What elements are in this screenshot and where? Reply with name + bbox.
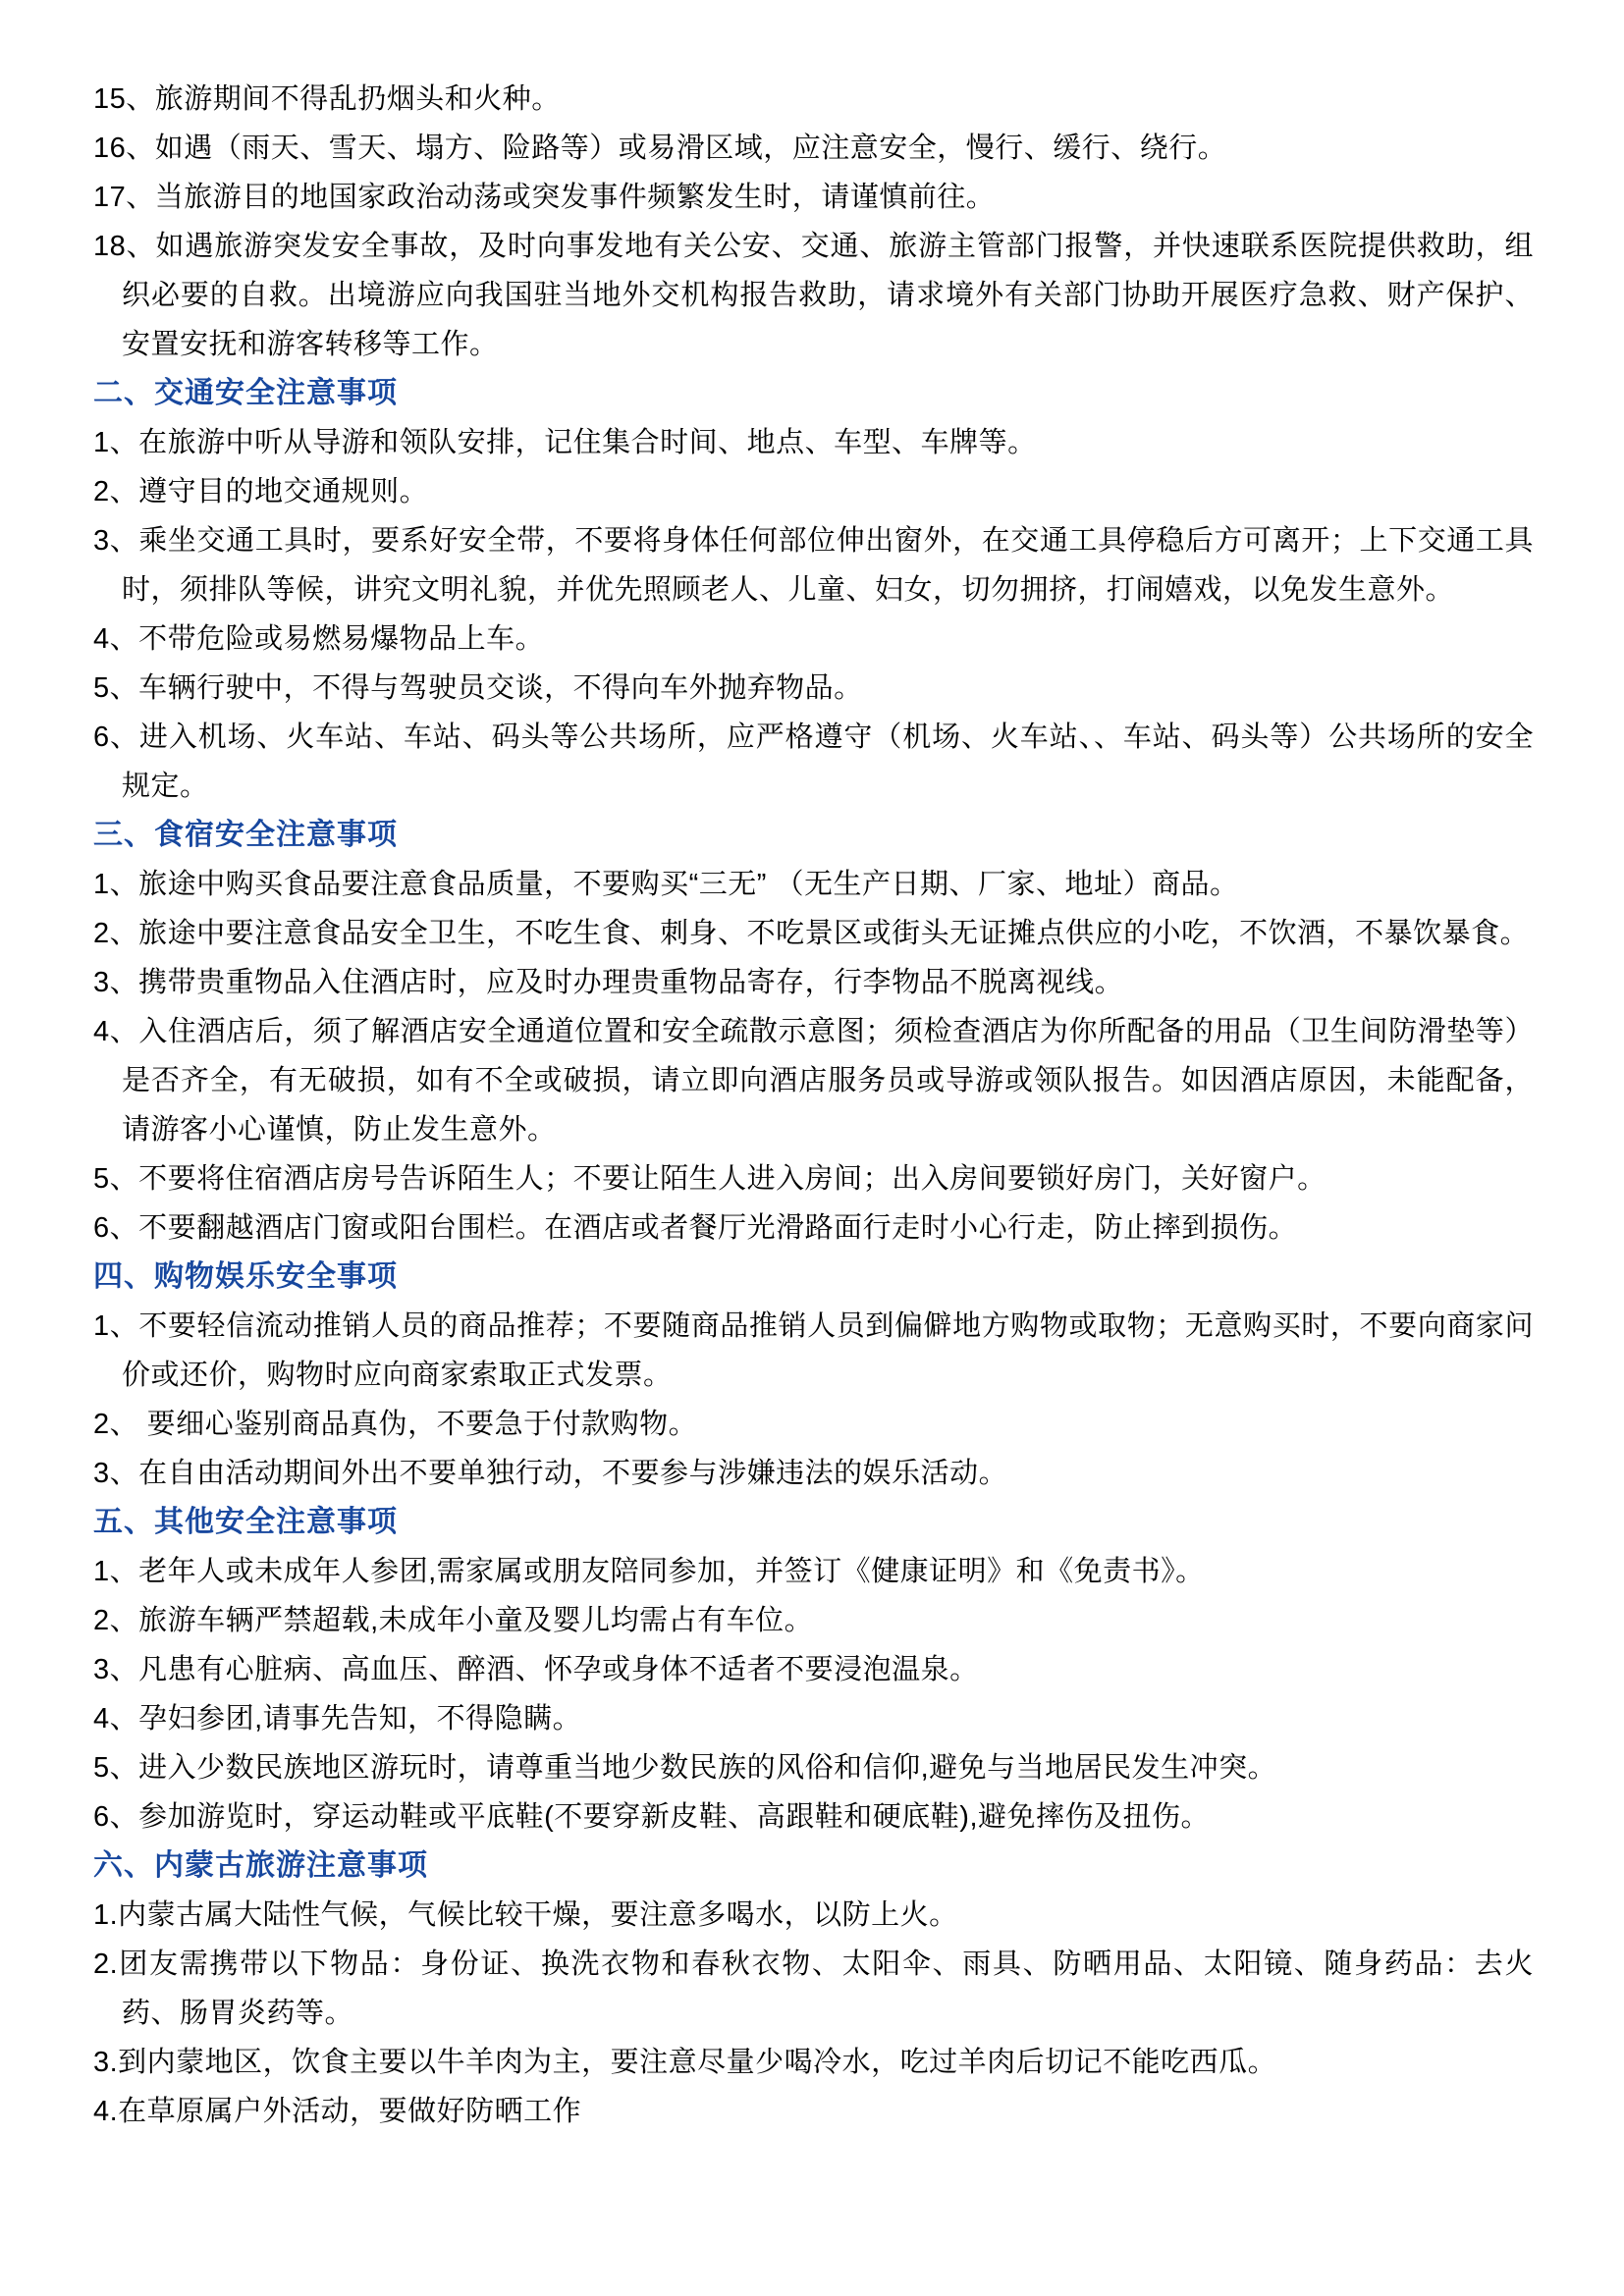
list-item: 16、如遇（雨天、雪天、塌方、险路等）或易滑区域，应注意安全，慢行、缓行、绕行。 [93, 124, 1534, 173]
list-item: 15、旅游期间不得乱扔烟头和火种。 [93, 75, 1534, 124]
list-item: 2、旅途中要注意食品安全卫生，不吃生食、刺身、不吃景区或街头无证摊点供应的小吃，… [93, 909, 1534, 958]
list-item: 5、车辆行驶中，不得与驾驶员交谈，不得向车外抛弃物品。 [93, 664, 1534, 713]
list-item: 1、在旅游中听从导游和领队安排，记住集合时间、地点、车型、车牌等。 [93, 418, 1534, 467]
list-item: 3、凡患有心脏病、高血压、醉酒、怀孕或身体不适者不要浸泡温泉。 [93, 1645, 1534, 1694]
list-item: 1、老年人或未成年人参团,需家属或朋友陪同参加，并签订《健康证明》和《免责书》。 [93, 1547, 1534, 1596]
list-item: 6、不要翻越酒店门窗或阳台围栏。在酒店或者餐厅光滑路面行走时小心行走，防止摔到损… [93, 1203, 1534, 1253]
list-item: 18、如遇旅游突发安全事故，及时向事发地有关公安、交通、旅游主管部门报警，并快速… [93, 222, 1534, 369]
section-heading: 四、购物娱乐安全事项 [93, 1253, 1534, 1302]
list-item: 4.在草原属户外活动，要做好防晒工作 [93, 2087, 1534, 2136]
list-item: 3、携带贵重物品入住酒店时，应及时办理贵重物品寄存，行李物品不脱离视线。 [93, 958, 1534, 1007]
list-item: 5、不要将住宿酒店房号告诉陌生人；不要让陌生人进入房间；出入房间要锁好房门，关好… [93, 1154, 1534, 1203]
list-item: 6、进入机场、火车站、车站、码头等公共场所，应严格遵守（机场、火车站、、车站、码… [93, 713, 1534, 811]
list-item: 1、旅途中购买食品要注意食品质量，不要购买“三无” （无生产日期、厂家、地址）商… [93, 860, 1534, 909]
list-item: 17、当旅游目的地国家政治动荡或突发事件频繁发生时，请谨慎前往。 [93, 173, 1534, 222]
list-item: 4、入住酒店后，须了解酒店安全通道位置和安全疏散示意图；须检查酒店为你所配备的用… [93, 1007, 1534, 1154]
document-body: 15、旅游期间不得乱扔烟头和火种。16、如遇（雨天、雪天、塌方、险路等）或易滑区… [93, 75, 1534, 2136]
list-item: 3、乘坐交通工具时，要系好安全带，不要将身体任何部位伸出窗外，在交通工具停稳后方… [93, 516, 1534, 614]
list-item: 4、不带危险或易燃易爆物品上车。 [93, 614, 1534, 664]
list-item: 3、在自由活动期间外出不要单独行动，不要参与涉嫌违法的娱乐活动。 [93, 1449, 1534, 1498]
list-item: 2、遵守目的地交通规则。 [93, 467, 1534, 516]
section-heading: 二、交通安全注意事项 [93, 369, 1534, 418]
section-heading: 三、食宿安全注意事项 [93, 811, 1534, 860]
list-item: 2.团友需携带以下物品：身份证、换洗衣物和春秋衣物、太阳伞、雨具、防晒用品、太阳… [93, 1940, 1534, 2038]
list-item: 2、 要细心鉴别商品真伪，不要急于付款购物。 [93, 1400, 1534, 1449]
list-item: 1.内蒙古属大陆性气候，气候比较干燥，要注意多喝水，以防上火。 [93, 1891, 1534, 1940]
list-item: 3.到内蒙地区，饮食主要以牛羊肉为主，要注意尽量少喝冷水，吃过羊肉后切记不能吃西… [93, 2038, 1534, 2087]
list-item: 5、进入少数民族地区游玩时，请尊重当地少数民族的风俗和信仰,避免与当地居民发生冲… [93, 1743, 1534, 1792]
list-item: 4、孕妇参团,请事先告知，不得隐瞒。 [93, 1694, 1534, 1743]
list-item: 6、参加游览时，穿运动鞋或平底鞋(不要穿新皮鞋、高跟鞋和硬底鞋),避免摔伤及扭伤… [93, 1792, 1534, 1842]
document-page: 15、旅游期间不得乱扔烟头和火种。16、如遇（雨天、雪天、塌方、险路等）或易滑区… [0, 0, 1624, 2296]
section-heading: 六、内蒙古旅游注意事项 [93, 1842, 1534, 1891]
list-item: 1、不要轻信流动推销人员的商品推荐；不要随商品推销人员到偏僻地方购物或取物；无意… [93, 1302, 1534, 1400]
list-item: 2、旅游车辆严禁超载,未成年小童及婴儿均需占有车位。 [93, 1596, 1534, 1645]
section-heading: 五、其他安全注意事项 [93, 1498, 1534, 1547]
